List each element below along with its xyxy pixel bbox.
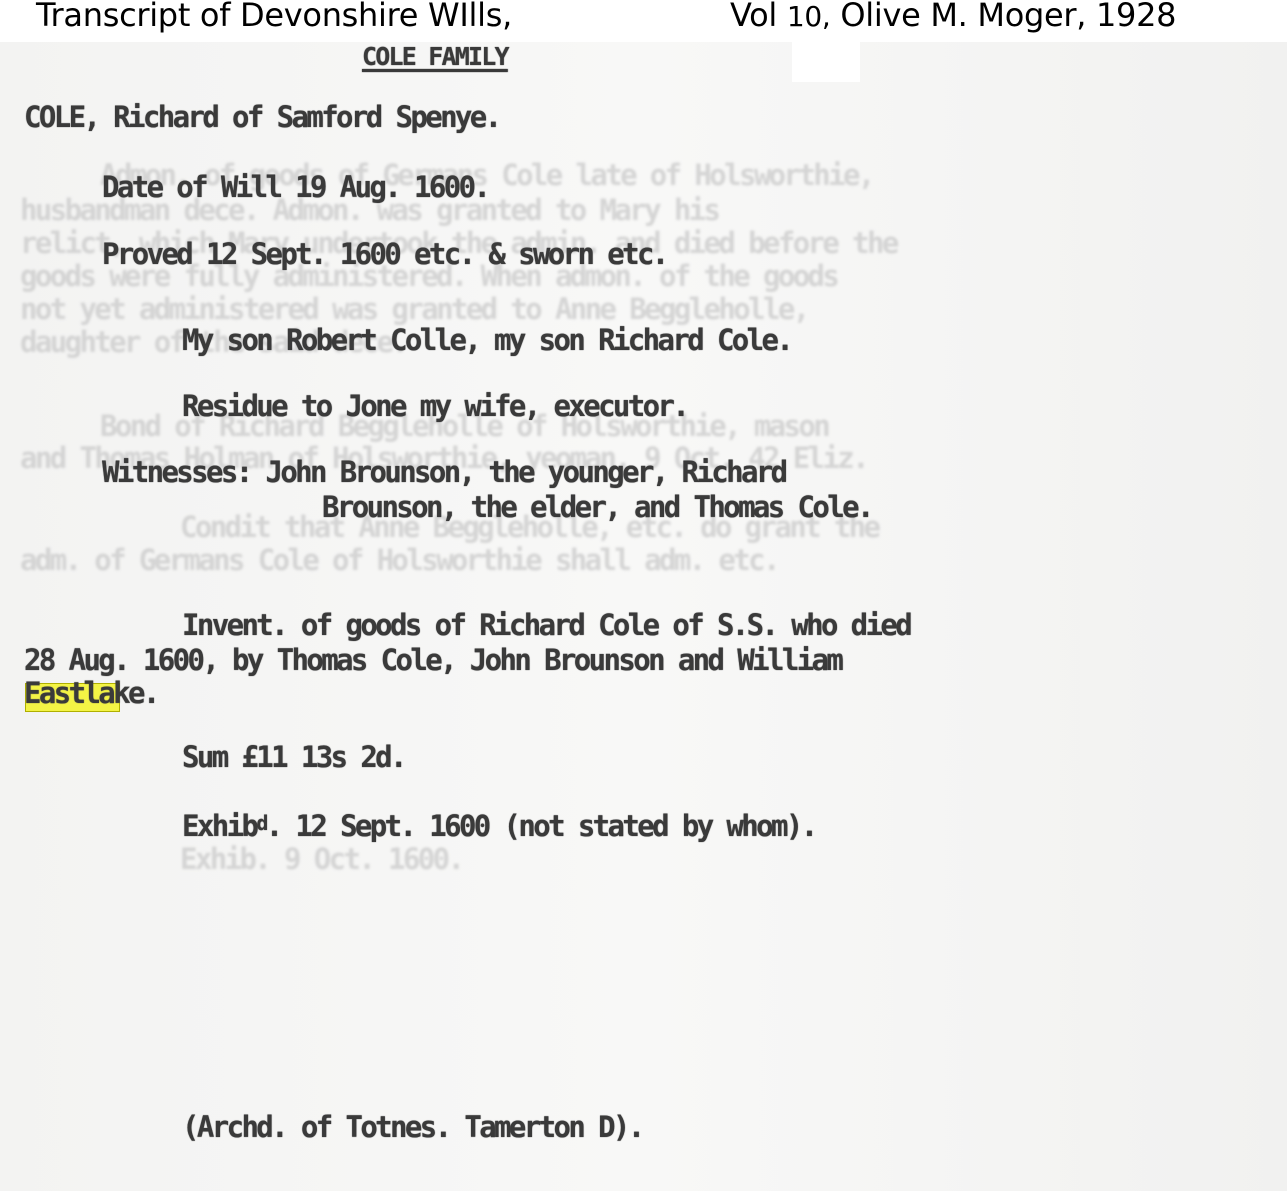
bleed-through-line: adm. of Germans Cole of Holsworthie shal… [20,543,778,577]
inventory-line-3: Eastlake. [24,676,158,710]
exhib-prefix: Exhib [182,809,256,843]
inventory-line-1: Invent. of goods of Richard Cole of S.S.… [182,608,910,642]
witnesses-line-2: Brounson, the elder, and Thomas Cole. [322,490,872,524]
exhibited-line: Exhibd. 12 Sept. 1600 (not stated by who… [182,809,816,843]
inventory-line-2: 28 Aug. 1600, by Thomas Cole, John Broun… [24,643,841,677]
author-year: Olive M. Moger, 1928 [840,0,1176,34]
exhib-rest: . 12 Sept. 1600 (not stated by whom). [266,809,816,843]
header-source-title: Transcript of Devonshire WIlls, [36,0,512,34]
date-of-will: Date of Will 19 Aug. 1600. [102,170,488,204]
inventory-sum: Sum £11 13s 2d. [182,740,405,774]
witnesses-line-1: Witnesses: John Brounson, the younger, R… [102,455,786,489]
bleed-through-line: Exhib. 9 Oct. 1600. [180,842,462,876]
bequest: My son Robert Colle, my son Richard Cole… [182,323,791,357]
entry-heading: COLE, Richard of Samford Spenye. [24,100,500,134]
residue: Residue to Jone my wife, executor. [182,389,687,423]
exhib-superscript: d [256,811,265,835]
volume-number: 10, [787,0,831,33]
header-volume-author: Vol 10, Olive M. Moger, 1928 [730,0,1176,34]
bleed-through-line: not yet administered was granted to Anne… [20,292,808,326]
volume-label: Vol [730,0,777,34]
archdeaconry-reference: (Archd. of Totnes. Tamerton D). [182,1110,643,1144]
proved-date: Proved 12 Sept. 1600 etc. & sworn etc. [102,237,667,271]
document-page: Admon. of goods of Germans Cole late of … [0,0,1287,1191]
document-title: COLE FAMILY [362,42,508,71]
